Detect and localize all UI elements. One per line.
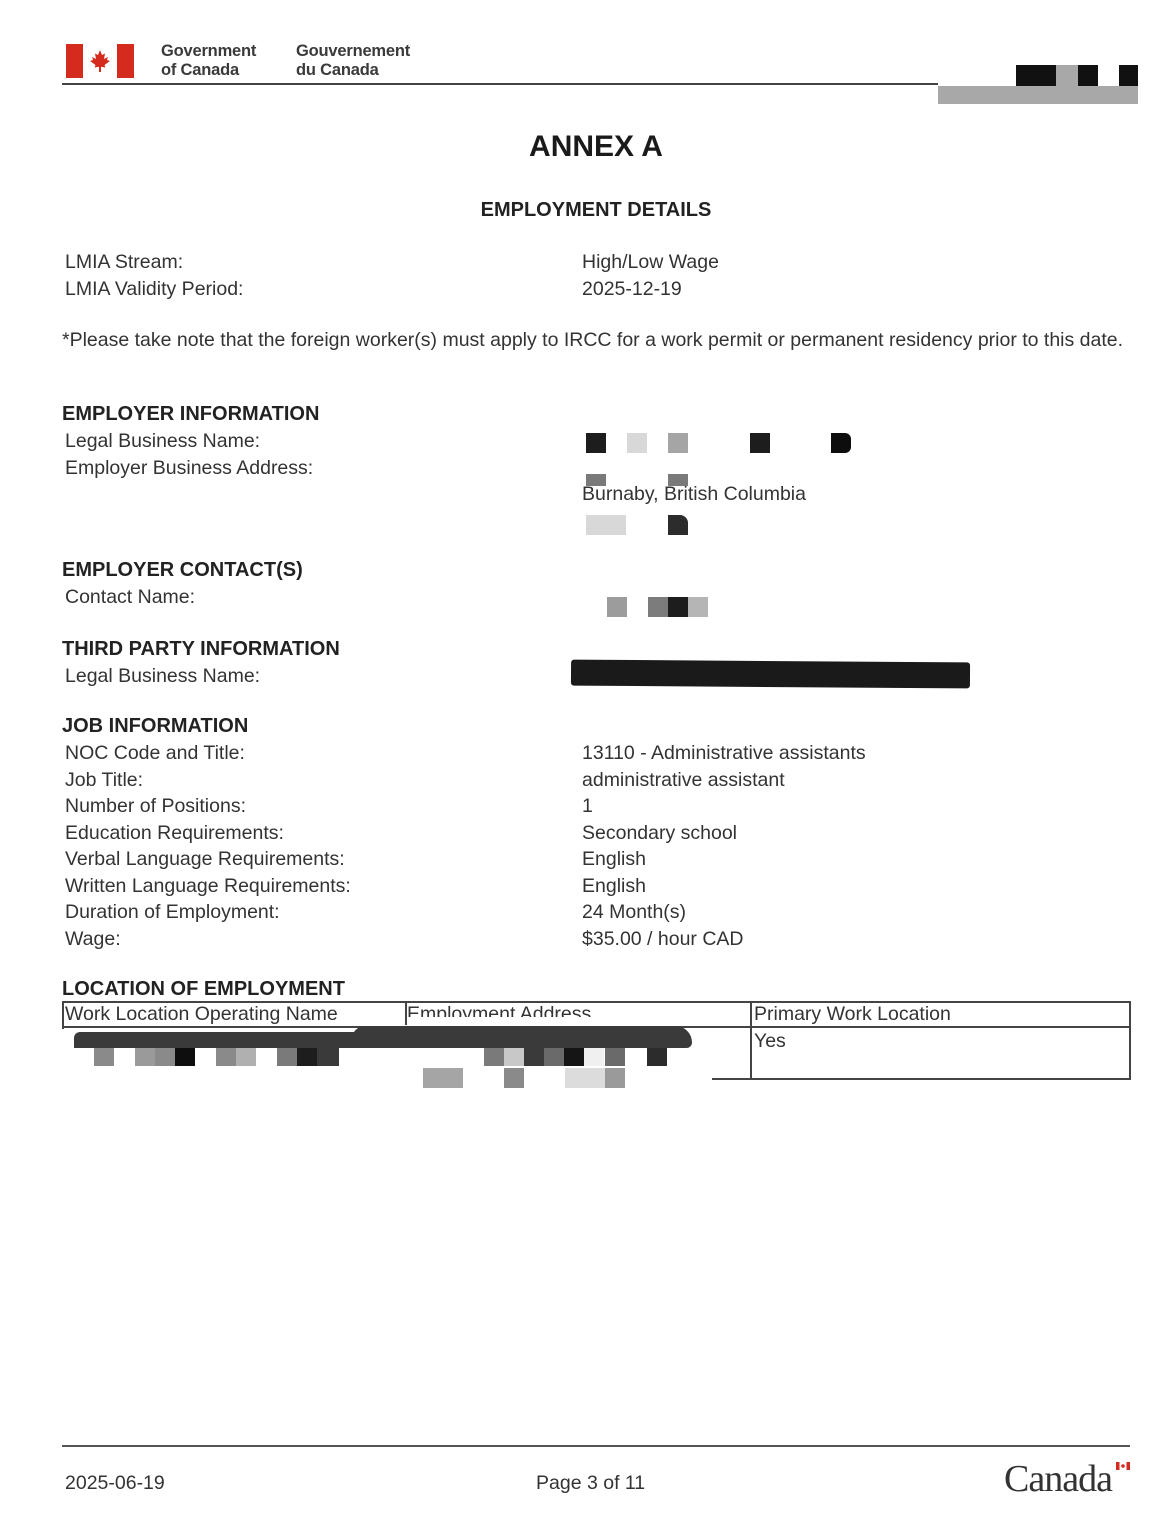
- primary-location-value: Yes: [754, 1030, 786, 1053]
- third-party-legal-name-label: Legal Business Name:: [65, 665, 260, 688]
- verbal-language-value: English: [582, 848, 646, 871]
- wordmark-flag-icon: [1116, 1462, 1130, 1470]
- duration-label: Duration of Employment:: [65, 901, 280, 924]
- employer-information-heading: EMPLOYER INFORMATION: [62, 403, 319, 426]
- validity-note: *Please take note that the foreign worke…: [62, 328, 1132, 353]
- canada-wordmark: Canada: [1004, 1457, 1112, 1501]
- lmia-validity-value: 2025-12-19: [582, 278, 682, 301]
- verbal-language-label: Verbal Language Requirements:: [65, 848, 345, 871]
- redaction-block: [1078, 65, 1098, 86]
- government-of-canada-fr: Gouvernement du Canada: [296, 42, 410, 80]
- page-title: ANNEX A: [0, 130, 1172, 164]
- page-number: Page 3 of 11: [536, 1472, 645, 1495]
- employer-contacts-heading: EMPLOYER CONTACT(S): [62, 559, 303, 582]
- column-header-address: Employment Address: [407, 1003, 591, 1017]
- header-rule: [62, 83, 938, 85]
- employer-address-city: Burnaby, British Columbia: [582, 483, 806, 506]
- lmia-stream-value: High/Low Wage: [582, 251, 719, 274]
- footer-date: 2025-06-19: [65, 1472, 165, 1495]
- government-of-canada-en: Government of Canada: [161, 42, 256, 80]
- redaction-header: [938, 86, 1138, 104]
- written-language-value: English: [582, 875, 646, 898]
- job-title-label: Job Title:: [65, 769, 143, 792]
- positions-value: 1: [582, 795, 593, 818]
- org-fr-line1: Gouvernement: [296, 42, 410, 61]
- location-table: Work Location Operating Name Employment …: [62, 1001, 1131, 1080]
- third-party-legal-name-redacted: [571, 660, 970, 689]
- lmia-validity-label: LMIA Validity Period:: [65, 278, 243, 301]
- redaction-block: [1016, 65, 1056, 86]
- footer-rule: [62, 1445, 1130, 1447]
- positions-label: Number of Positions:: [65, 795, 246, 818]
- canada-flag-icon: [66, 44, 134, 78]
- org-fr-line2: du Canada: [296, 61, 410, 80]
- written-language-label: Written Language Requirements:: [65, 875, 351, 898]
- third-party-heading: THIRD PARTY INFORMATION: [62, 638, 340, 661]
- wage-value: $35.00 / hour CAD: [582, 928, 744, 951]
- employer-address-label: Employer Business Address:: [65, 457, 313, 480]
- noc-value: 13110 - Administrative assistants: [582, 742, 866, 765]
- duration-value: 24 Month(s): [582, 901, 686, 924]
- noc-label: NOC Code and Title:: [65, 742, 245, 765]
- education-label: Education Requirements:: [65, 822, 284, 845]
- org-en-line2: of Canada: [161, 61, 256, 80]
- org-en-line1: Government: [161, 42, 256, 61]
- wage-label: Wage:: [65, 928, 121, 951]
- job-information-heading: JOB INFORMATION: [62, 715, 248, 738]
- redaction-block: [1056, 65, 1078, 86]
- contact-name-label: Contact Name:: [65, 586, 195, 609]
- column-header-operating-name: Work Location Operating Name: [65, 1003, 338, 1026]
- page-subtitle: EMPLOYMENT DETAILS: [0, 199, 1172, 222]
- redaction-block: [1119, 65, 1138, 86]
- column-header-primary: Primary Work Location: [754, 1003, 951, 1026]
- lmia-stream-label: LMIA Stream:: [65, 251, 183, 274]
- legal-business-name-label: Legal Business Name:: [65, 430, 260, 453]
- location-heading: LOCATION OF EMPLOYMENT: [62, 978, 345, 1001]
- job-title-value: administrative assistant: [582, 769, 785, 792]
- education-value: Secondary school: [582, 822, 737, 845]
